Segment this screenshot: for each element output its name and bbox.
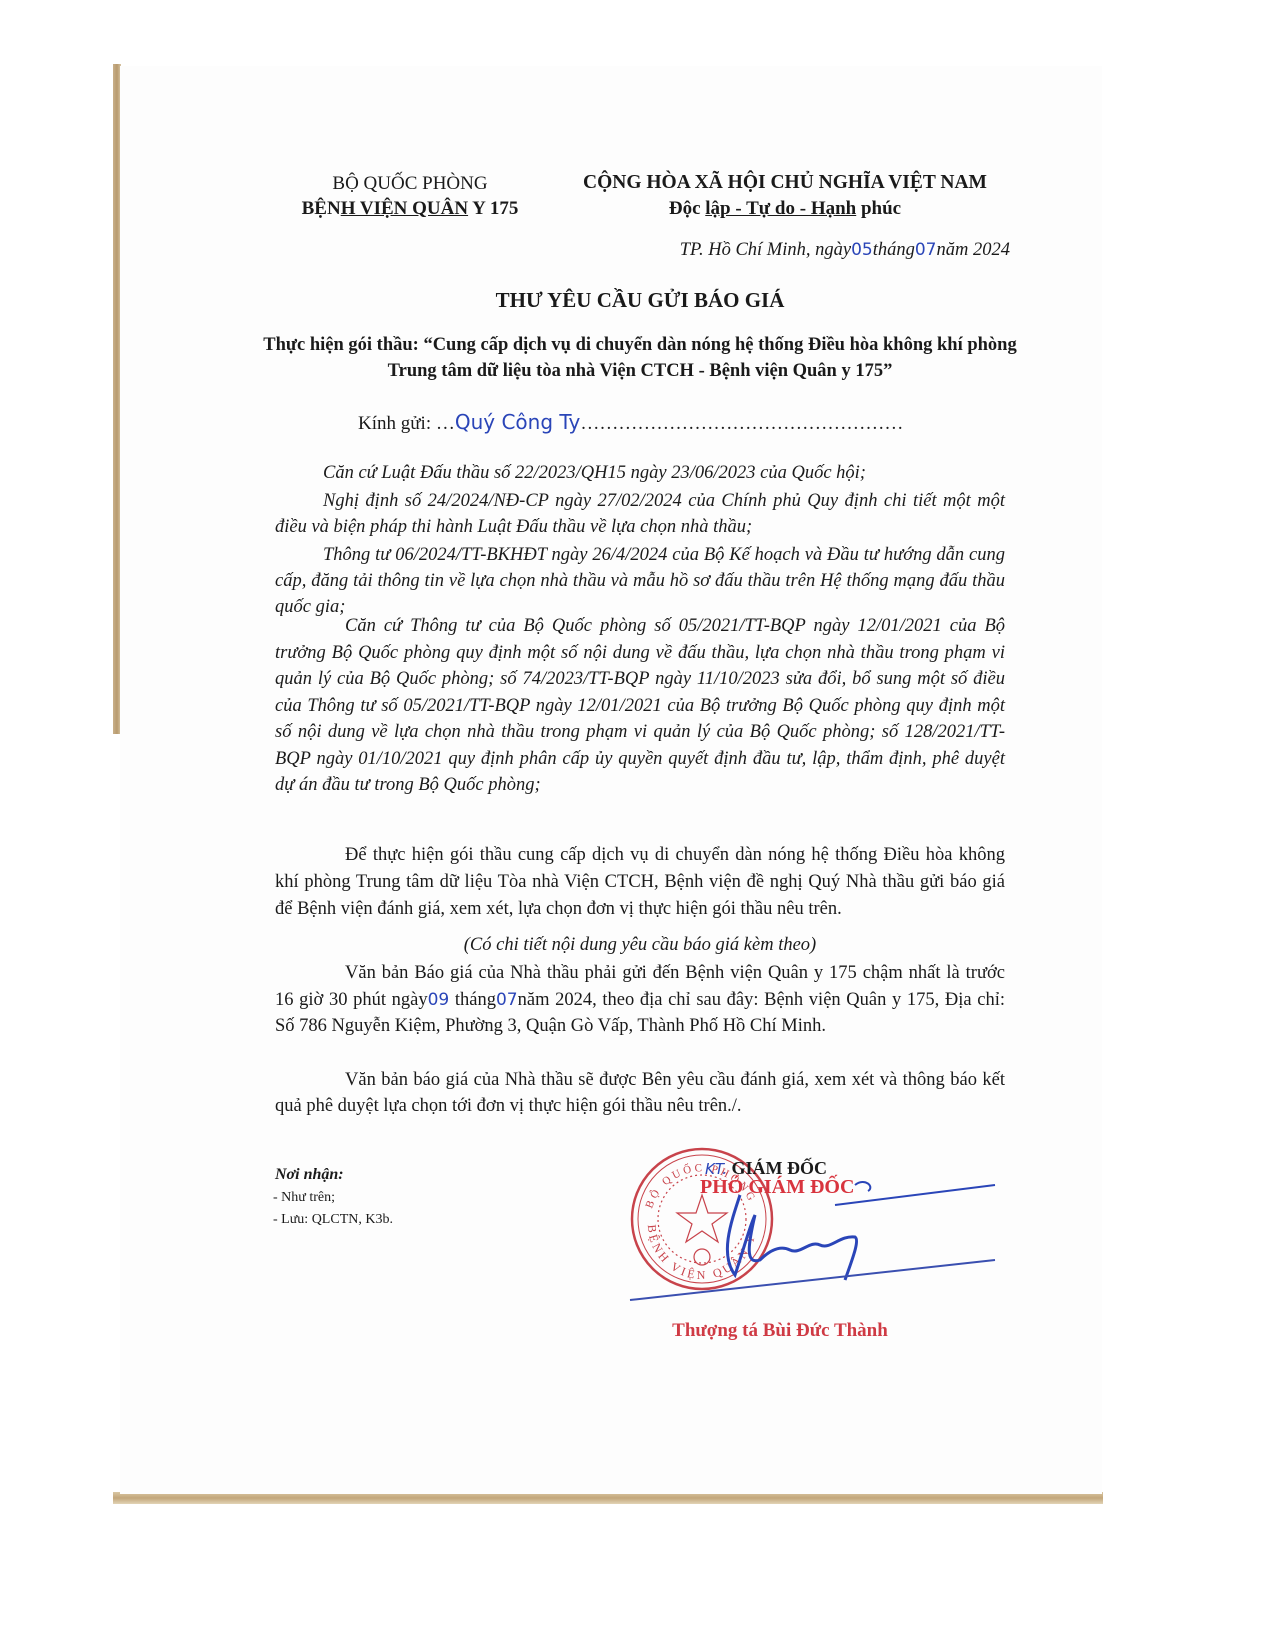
motto-underlined: lập - Tự do - Hạnh <box>705 198 856 219</box>
legal-basis-1: Căn cứ Luật Đấu thầu số 22/2023/QH15 ngà… <box>275 460 1005 486</box>
month-label: tháng <box>873 240 915 260</box>
hospital-name: BỆNH VIỆN QUÂN Y 175 <box>275 198 545 220</box>
date-prefix: TP. Hồ Chí Minh, ngày <box>680 240 851 260</box>
handwritten-day: 05 <box>851 240 873 260</box>
handwritten-recipient: Quý Công Ty <box>455 410 580 434</box>
recipient-item: - Lưu: QLCTN, K3b. <box>273 1212 393 1228</box>
document-title: THƯ YÊU CẦU GỬI BÁO GIÁ <box>260 288 1020 313</box>
handwritten-signature-icon <box>620 1165 1010 1315</box>
handwritten-deadline-month: 07 <box>496 990 518 1010</box>
legal-basis-4: Căn cứ Thông tư của Bộ Quốc phòng số 05/… <box>275 613 1005 799</box>
hospital-name-part: Y 175 <box>468 198 518 219</box>
deadline-month-label: tháng <box>449 990 496 1010</box>
closing-paragraph: Văn bản báo giá của Nhà thầu sẽ được Bên… <box>275 1067 1005 1119</box>
attachment-note: (Có chi tiết nội dung yêu cầu báo giá kè… <box>275 932 1005 958</box>
place-date-line: TP. Hồ Chí Minh, ngày05tháng07năm 2024 <box>590 240 1010 261</box>
motto-part: phúc <box>856 198 901 219</box>
motto-part: Độc <box>669 198 705 219</box>
recipient-line: Kính gửi: …Quý Công Ty…………………………………………… <box>358 410 903 435</box>
ministry-name: BỘ QUỐC PHÒNG <box>290 173 530 195</box>
handwritten-month: 07 <box>915 240 937 260</box>
hospital-name-part: BỆN <box>302 198 341 219</box>
legal-basis-3: Thông tư 06/2024/TT-BKHĐT ngày 26/4/2024… <box>275 542 1005 620</box>
year-label: năm 2024 <box>937 240 1011 260</box>
recipient-label: Kính gửi: … <box>358 413 455 434</box>
recipient-item: - Như trên; <box>273 1190 335 1206</box>
handwritten-deadline-day: 09 <box>428 990 450 1010</box>
recipients-heading: Nơi nhận: <box>275 1166 344 1184</box>
deadline-paragraph: Văn bản Báo giá của Nhà thầu phải gửi đế… <box>275 960 1005 1040</box>
national-title: CỘNG HÒA XÃ HỘI CHỦ NGHĨA VIỆT NAM <box>550 172 1020 194</box>
signer-name: Thượng tá Bùi Đức Thành <box>640 1320 920 1342</box>
legal-basis-2: Nghị định số 24/2024/NĐ-CP ngày 27/02/20… <box>275 488 1005 540</box>
national-motto: Độc lập - Tự do - Hạnh phúc <box>550 198 1020 220</box>
hospital-name-underlined: H VIỆN QUÂN <box>341 198 468 219</box>
recipient-dots: …………………………………………… <box>580 413 903 434</box>
request-paragraph: Để thực hiện gói thầu cung cấp dịch vụ d… <box>275 842 1005 923</box>
document-subtitle: Thực hiện gói thầu: “Cung cấp dịch vụ di… <box>260 332 1020 384</box>
